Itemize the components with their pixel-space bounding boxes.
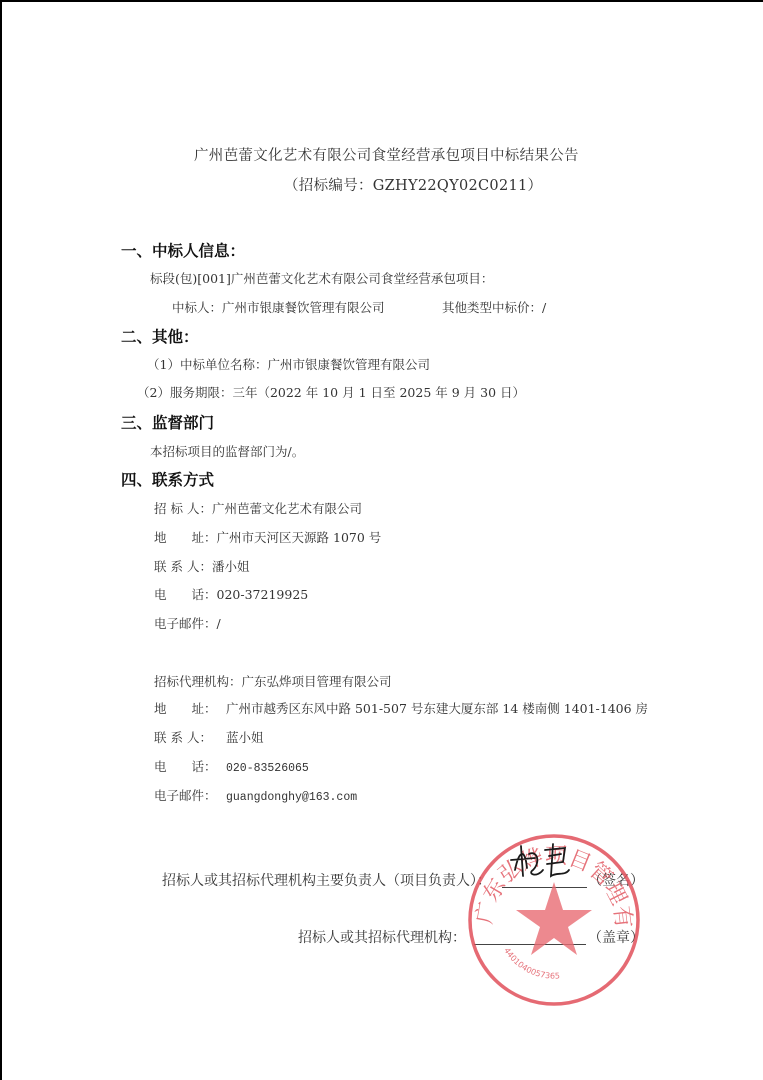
tenderer-row: 电 话：020-37219925 bbox=[154, 585, 308, 603]
field-value: 广州市天河区天源路 1070 号 bbox=[217, 530, 382, 545]
field-label: 地 址： bbox=[154, 699, 226, 717]
svg-text:4401040057365: 4401040057365 bbox=[502, 946, 560, 981]
field-label: 电子邮件： bbox=[154, 786, 226, 804]
stamp-serial: 4401040057365 bbox=[502, 946, 560, 981]
winner-name: 中标人：广州市银康餐饮管理有限公司 bbox=[172, 298, 385, 316]
field-label: 联 系 人： bbox=[154, 728, 226, 746]
lot-line: 标段(包)[001]广州芭蕾文化艺术有限公司食堂经营承包项目： bbox=[150, 269, 493, 287]
field-value: 蓝小姐 bbox=[226, 730, 264, 745]
field-value: / bbox=[217, 616, 221, 631]
field-label: 电子邮件： bbox=[154, 616, 217, 631]
field-label: 招 标 人： bbox=[154, 501, 212, 516]
document-title: 广州芭蕾文化艺术有限公司食堂经营承包项目中标结果公告 bbox=[194, 144, 579, 165]
field-label: 地 址： bbox=[154, 530, 217, 545]
section-heading-contact: 四、联系方式 bbox=[121, 468, 214, 490]
agency-row: 电子邮件：guangdonghy@163.com bbox=[154, 786, 357, 804]
supervision-text: 本招标项目的监督部门为/。 bbox=[150, 442, 304, 460]
agency-row: 地 址：广州市越秀区东风中路 501-507 号东建大厦东部 14 楼南侧 14… bbox=[154, 699, 648, 717]
agency-row: 联 系 人：蓝小姐 bbox=[154, 728, 264, 746]
document-page: 广州芭蕾文化艺术有限公司食堂经营承包项目中标结果公告 （招标编号：GZHY22Q… bbox=[0, 0, 763, 1080]
field-label: 电 话： bbox=[154, 757, 226, 775]
other-item-2: （2）服务期限：三年（2022 年 10 月 1 日至 2025 年 9 月 3… bbox=[137, 383, 525, 401]
field-label: 招标代理机构： bbox=[154, 674, 242, 689]
tenderer-row: 联 系 人：潘小姐 bbox=[154, 557, 249, 575]
agency-seal-label: 招标人或其招标代理机构： bbox=[298, 927, 466, 947]
star-icon bbox=[516, 882, 592, 955]
section-heading-winner-info: 一、中标人信息： bbox=[121, 239, 245, 261]
field-value: 潘小姐 bbox=[212, 559, 250, 574]
tenderer-row: 招 标 人：广州芭蕾文化艺术有限公司 bbox=[154, 499, 362, 517]
agency-row: 招标代理机构：广东弘烨项目管理有限公司 bbox=[154, 672, 392, 690]
field-value: 广东弘烨项目管理有限公司 bbox=[242, 674, 392, 689]
field-value: 广州芭蕾文化艺术有限公司 bbox=[212, 501, 362, 516]
field-label: 联 系 人： bbox=[154, 559, 212, 574]
section-heading-supervision: 三、监督部门 bbox=[121, 411, 214, 433]
other-price: 其他类型中标价：/ bbox=[442, 298, 546, 316]
field-value: 020-37219925 bbox=[217, 587, 309, 602]
field-label: 电 话： bbox=[154, 587, 217, 602]
tenderer-row: 电子邮件：/ bbox=[154, 614, 221, 632]
document-subtitle: （招标编号：GZHY22QY02C0211） bbox=[284, 174, 542, 195]
field-value: guangdonghy@163.com bbox=[226, 791, 357, 804]
tenderer-row: 地 址：广州市天河区天源路 1070 号 bbox=[154, 528, 381, 546]
agency-row: 电 话：020-83526065 bbox=[154, 757, 309, 775]
responsible-person-label: 招标人或其招标代理机构主要负责人（项目负责人）： bbox=[162, 870, 491, 890]
field-value: 020-83526065 bbox=[226, 762, 309, 775]
section-heading-other: 二、其他： bbox=[121, 325, 199, 347]
field-value: 广州市越秀区东风中路 501-507 号东建大厦东部 14 楼南侧 1401-1… bbox=[226, 701, 648, 716]
handwritten-signature bbox=[507, 840, 577, 882]
other-item-1: （1）中标单位名称：广州市银康餐饮管理有限公司 bbox=[147, 355, 430, 373]
